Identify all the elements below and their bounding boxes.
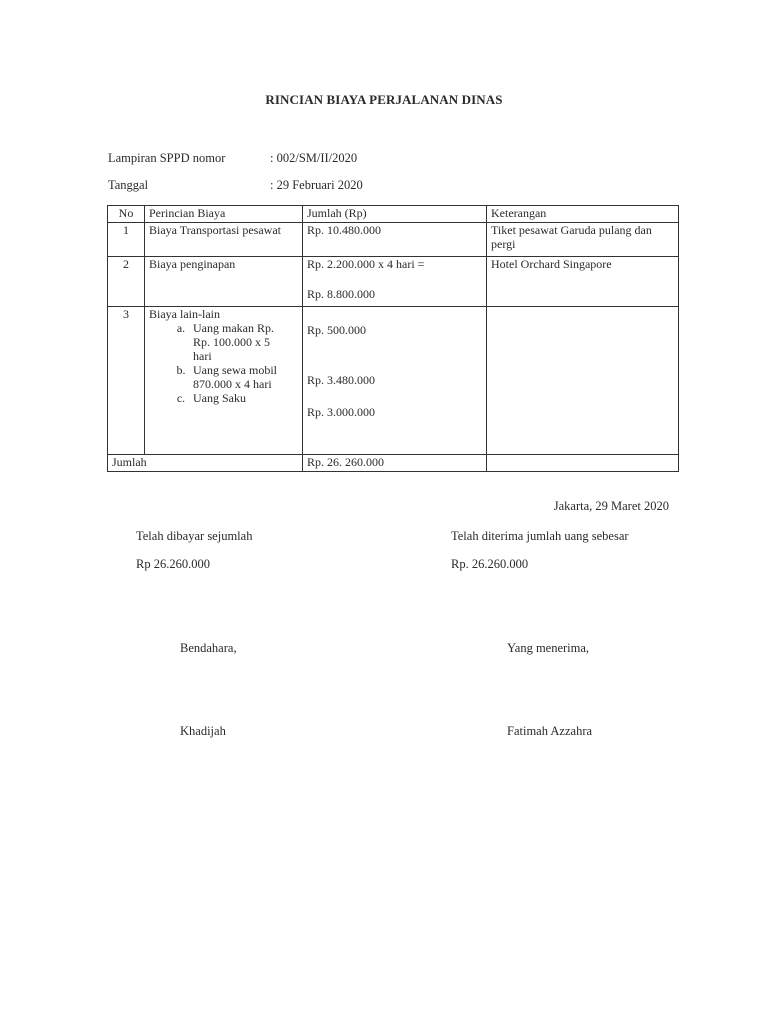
sub-marker: a.	[169, 321, 193, 363]
row-no: 3	[108, 307, 145, 455]
table-row: 1 Biaya Transportasi pesawat Rp. 10.480.…	[108, 223, 679, 257]
sub-text: Uang Saku	[193, 391, 298, 405]
sub-text: Uang makan Rp. Rp. 100.000 x 5 hari	[193, 321, 283, 363]
row-jumlah: Rp. 2.200.000 x 4 hari = Rp. 8.800.000	[303, 257, 487, 307]
row-jumlah: Rp. 10.480.000	[303, 223, 487, 257]
lampiran-value: : 002/SM/II/2020	[270, 151, 357, 166]
treasurer-name: Khadijah	[180, 724, 226, 739]
jumlah-result: Rp. 8.800.000	[307, 287, 482, 301]
paid-amount: Rp 26.260.000	[136, 557, 210, 572]
total-label: Jumlah	[108, 455, 303, 472]
header-rincian: Perincian Biaya	[145, 206, 303, 223]
sub-marker: c.	[169, 391, 193, 405]
document-title: RINCIAN BIAYA PERJALANAN DINAS	[0, 92, 768, 108]
sub-marker: b.	[169, 363, 193, 391]
received-statement: Telah diterima jumlah uang sebesar	[451, 529, 629, 544]
header-keterangan: Keterangan	[487, 206, 679, 223]
row-keterangan: Hotel Orchard Singapore	[487, 257, 679, 307]
row-jumlah: Rp. 500.000 Rp. 3.480.000 Rp. 3.000.000	[303, 307, 487, 455]
total-value: Rp. 26. 260.000	[303, 455, 487, 472]
cost-table: No Perincian Biaya Jumlah (Rp) Keteranga…	[107, 205, 679, 472]
row-rincian: Biaya lain-lain a. Uang makan Rp. Rp. 10…	[145, 307, 303, 455]
received-amount: Rp. 26.260.000	[451, 557, 528, 572]
table-header-row: No Perincian Biaya Jumlah (Rp) Keteranga…	[108, 206, 679, 223]
tanggal-label: Tanggal	[108, 178, 148, 193]
sub-item-a: a. Uang makan Rp. Rp. 100.000 x 5 hari	[149, 321, 298, 363]
sub-item-b: b. Uang sewa mobil 870.000 x 4 hari	[149, 363, 298, 391]
jumlah-a: Rp. 500.000	[307, 323, 482, 337]
row-rincian: Biaya penginapan	[145, 257, 303, 307]
rincian-heading: Biaya lain-lain	[149, 307, 298, 321]
header-no: No	[108, 206, 145, 223]
total-row: Jumlah Rp. 26. 260.000	[108, 455, 679, 472]
recipient-role: Yang menerima,	[507, 641, 589, 656]
header-jumlah: Jumlah (Rp)	[303, 206, 487, 223]
sub-item-c: c. Uang Saku	[149, 391, 298, 405]
row-no: 1	[108, 223, 145, 257]
jumlah-calc: Rp. 2.200.000 x 4 hari =	[307, 257, 482, 271]
treasurer-role: Bendahara,	[180, 641, 237, 656]
jumlah-c: Rp. 3.000.000	[307, 405, 482, 419]
tanggal-value: : 29 Februari 2020	[270, 178, 363, 193]
jumlah-b: Rp. 3.480.000	[307, 373, 482, 387]
paid-statement: Telah dibayar sejumlah	[136, 529, 252, 544]
table-row: 3 Biaya lain-lain a. Uang makan Rp. Rp. …	[108, 307, 679, 455]
sub-text: Uang sewa mobil 870.000 x 4 hari	[193, 363, 293, 391]
row-keterangan: Tiket pesawat Garuda pulang dan pergi	[487, 223, 679, 257]
recipient-name: Fatimah Azzahra	[507, 724, 592, 739]
row-no: 2	[108, 257, 145, 307]
lampiran-label: Lampiran SPPD nomor	[108, 151, 225, 166]
table-row: 2 Biaya penginapan Rp. 2.200.000 x 4 har…	[108, 257, 679, 307]
total-keterangan	[487, 455, 679, 472]
row-keterangan	[487, 307, 679, 455]
place-date: Jakarta, 29 Maret 2020	[554, 499, 669, 514]
row-rincian: Biaya Transportasi pesawat	[145, 223, 303, 257]
